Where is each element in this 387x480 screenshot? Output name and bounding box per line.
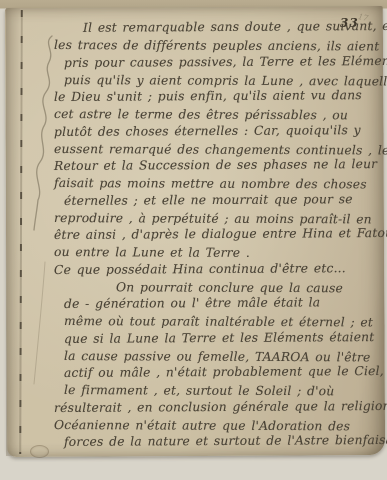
manuscript-line: Ce que possédait Hina continua d'être et… — [54, 260, 380, 279]
manuscript-line: forces de la nature et surtout de l'Astr… — [54, 432, 380, 451]
manuscript-line: plutôt des choses éternelles : Car, quoi… — [54, 122, 380, 141]
manuscript-line: que si la Lune la Terre et les Eléments … — [54, 329, 380, 348]
gutter-shadow — [6, 8, 20, 456]
manuscript-line: éternelles ; et elle ne mourrait que pou… — [54, 191, 380, 210]
manuscript-line: le Dieu s'unit ; puis enfin, qu'ils aien… — [54, 87, 380, 106]
manuscript-line: être ainsi , d'après le dialogue entre H… — [54, 225, 380, 244]
manuscript-line: résulterait , en conclusion générale que… — [54, 398, 380, 417]
manuscript-line: Il est remarquable sans doute , que suiv… — [54, 18, 380, 37]
manuscript-line: de - génération ou l' être mâle était la — [54, 294, 380, 313]
manuscript-line: pris pour causes passives, la Terre et l… — [54, 53, 380, 72]
scanned-manuscript-photo: { "page": { "number": "33", "pencil_mark… — [0, 0, 387, 480]
library-stamp-icon — [30, 445, 49, 458]
manuscript-line: actif ou mâle , n'était probablement que… — [54, 363, 380, 382]
manuscript-line: Retour et la Succession de ses phases ne… — [54, 156, 380, 175]
manuscript-text: Il est remarquable sans doute , que suiv… — [54, 20, 380, 451]
